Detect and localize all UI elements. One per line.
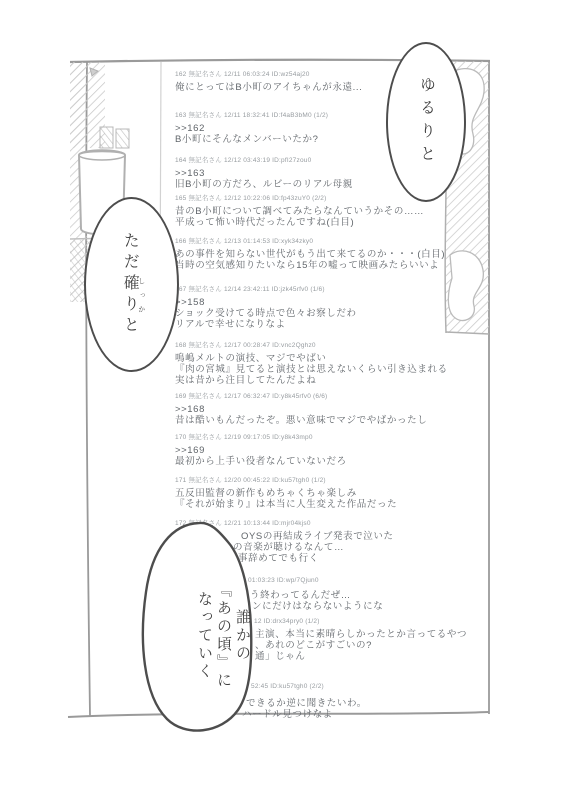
speech-bubble-column: 誰かの xyxy=(233,556,252,716)
speech-bubble-tada-shikkari-text: ただ確りしっかと xyxy=(118,232,145,337)
speech-bubble-column: 『あの頃』に xyxy=(214,556,233,716)
manga-page: 162 無記名さん 12/11 06:03:24 ID:wz54aj20俺にとっ… xyxy=(0,0,563,800)
speech-bubble-yururito: ゆるりと xyxy=(386,42,466,202)
speech-bubble-dareka xyxy=(0,0,563,800)
speech-bubble-tada-shikkari: ただ確りしっかと xyxy=(84,197,179,372)
furigana-text: 確りしっか xyxy=(121,274,138,316)
speech-bubble-dareka-text: 誰かの『あの頃』になっていく xyxy=(152,556,252,716)
speech-bubble-yururito-text: ゆるりと xyxy=(415,76,438,168)
speech-bubble-column: なっていく xyxy=(195,556,214,716)
